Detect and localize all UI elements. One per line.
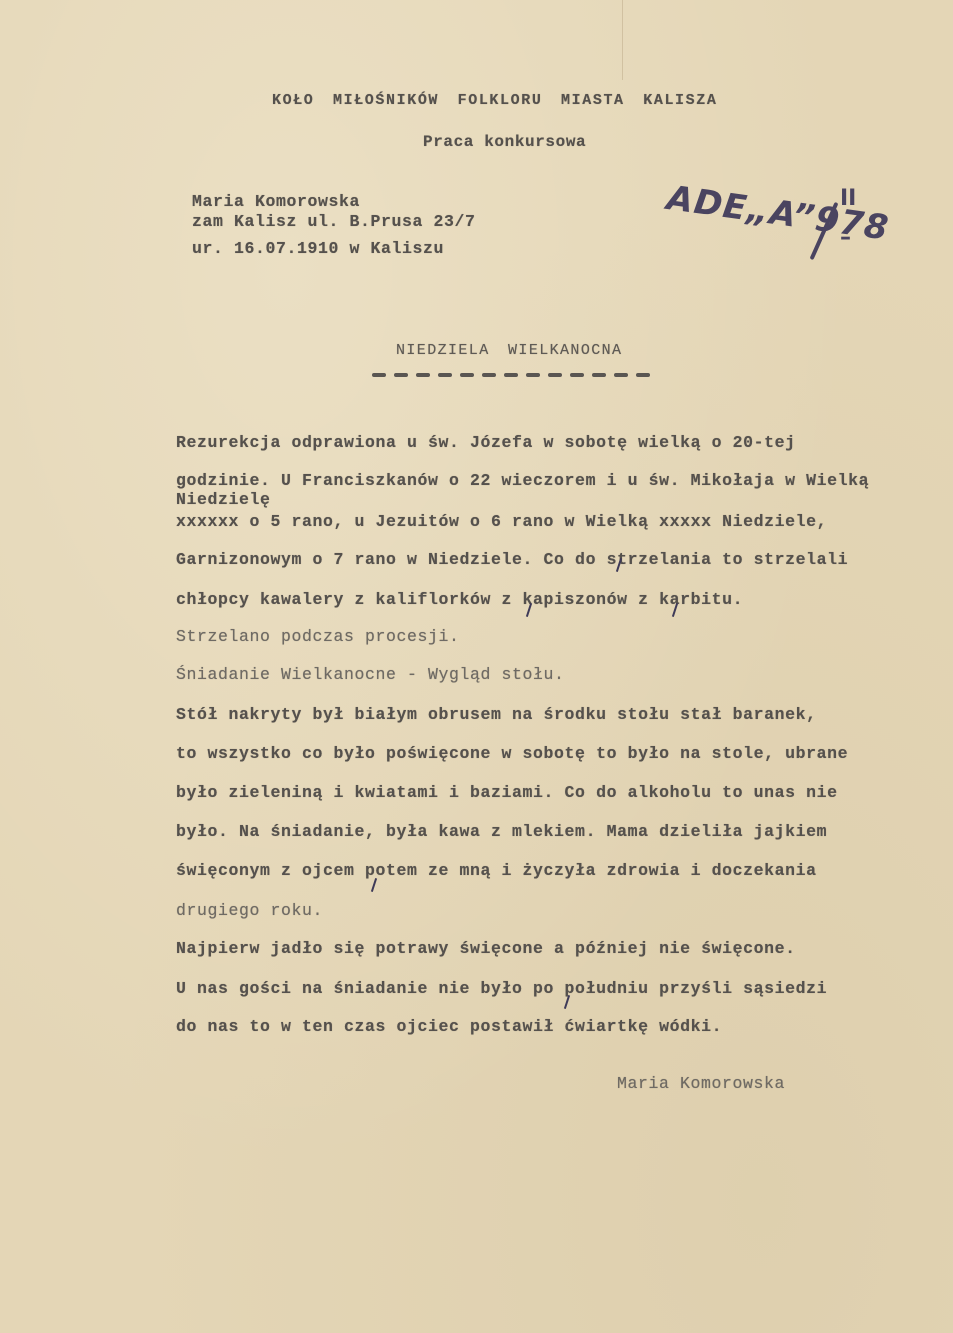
body-line: było. Na śniadanie, była kawa z mlekiem.…	[176, 822, 827, 841]
underline-dash	[614, 373, 628, 377]
archive-mark-fraction-top: II	[840, 186, 856, 211]
body-line: xxxxxx o 5 rano, u Jezuitów o 6 rano w W…	[176, 512, 827, 531]
body-line: Garnizonowym o 7 rano w Niedziele. Co do…	[176, 550, 848, 569]
underline-dash	[438, 373, 452, 377]
body-line: Rezurekcja odprawiona u św. Józefa w sob…	[176, 433, 796, 452]
paper-fold-mark	[622, 0, 623, 80]
body-line: święconym z ojcem potem ze mną i życzyła…	[176, 861, 817, 880]
document-title: NIEDZIELA WIELKANOCNA	[396, 342, 622, 359]
body-line: godzinie. U Franciszkanów o 22 wieczorem…	[176, 471, 869, 490]
body-line: drugiego roku.	[176, 901, 323, 920]
document-subtitle: Praca konkursowa	[423, 133, 586, 151]
body-line: Strzelano podczas procesji.	[176, 627, 460, 646]
body-line: Najpierw jadło się potrawy święcone a pó…	[176, 939, 796, 958]
title-underline	[372, 373, 650, 377]
underline-dash	[636, 373, 650, 377]
underline-dash	[526, 373, 540, 377]
underline-dash	[570, 373, 584, 377]
underline-dash	[416, 373, 430, 377]
body-line: było zieleniną i kwiatami i baziami. Co …	[176, 783, 838, 802]
archive-mark-fraction: II –	[840, 186, 856, 250]
body-line: Niedzielę	[176, 490, 271, 509]
underline-dash	[460, 373, 474, 377]
body-line: Śniadanie Wielkanocne - Wygląd stołu.	[176, 665, 565, 684]
signature: Maria Komorowska	[617, 1074, 785, 1093]
author-birth: ur. 16.07.1910 w Kaliszu	[192, 239, 444, 258]
archive-mark-fraction-bottom: –	[840, 225, 856, 250]
underline-dash	[548, 373, 562, 377]
underline-dash	[394, 373, 408, 377]
underline-dash	[504, 373, 518, 377]
underline-dash	[592, 373, 606, 377]
organization-heading: KOŁO MIŁOŚNIKÓW FOLKLORU MIASTA KALISZA	[272, 92, 717, 109]
body-line: do nas to w ten czas ojciec postawił ćwi…	[176, 1017, 722, 1036]
author-address: zam Kalisz ul. B.Prusa 23/7	[192, 212, 476, 231]
body-line: U nas gości na śniadanie nie było po poł…	[176, 979, 827, 998]
underline-dash	[372, 373, 386, 377]
body-line: Stół nakryty był białym obrusem na środk…	[176, 705, 817, 724]
body-line: chłopcy kawalery z kaliflorków z kapiszo…	[176, 590, 743, 609]
author-name: Maria Komorowska	[192, 192, 360, 211]
body-line: to wszystko co było poświęcone w sobotę …	[176, 744, 848, 763]
underline-dash	[482, 373, 496, 377]
